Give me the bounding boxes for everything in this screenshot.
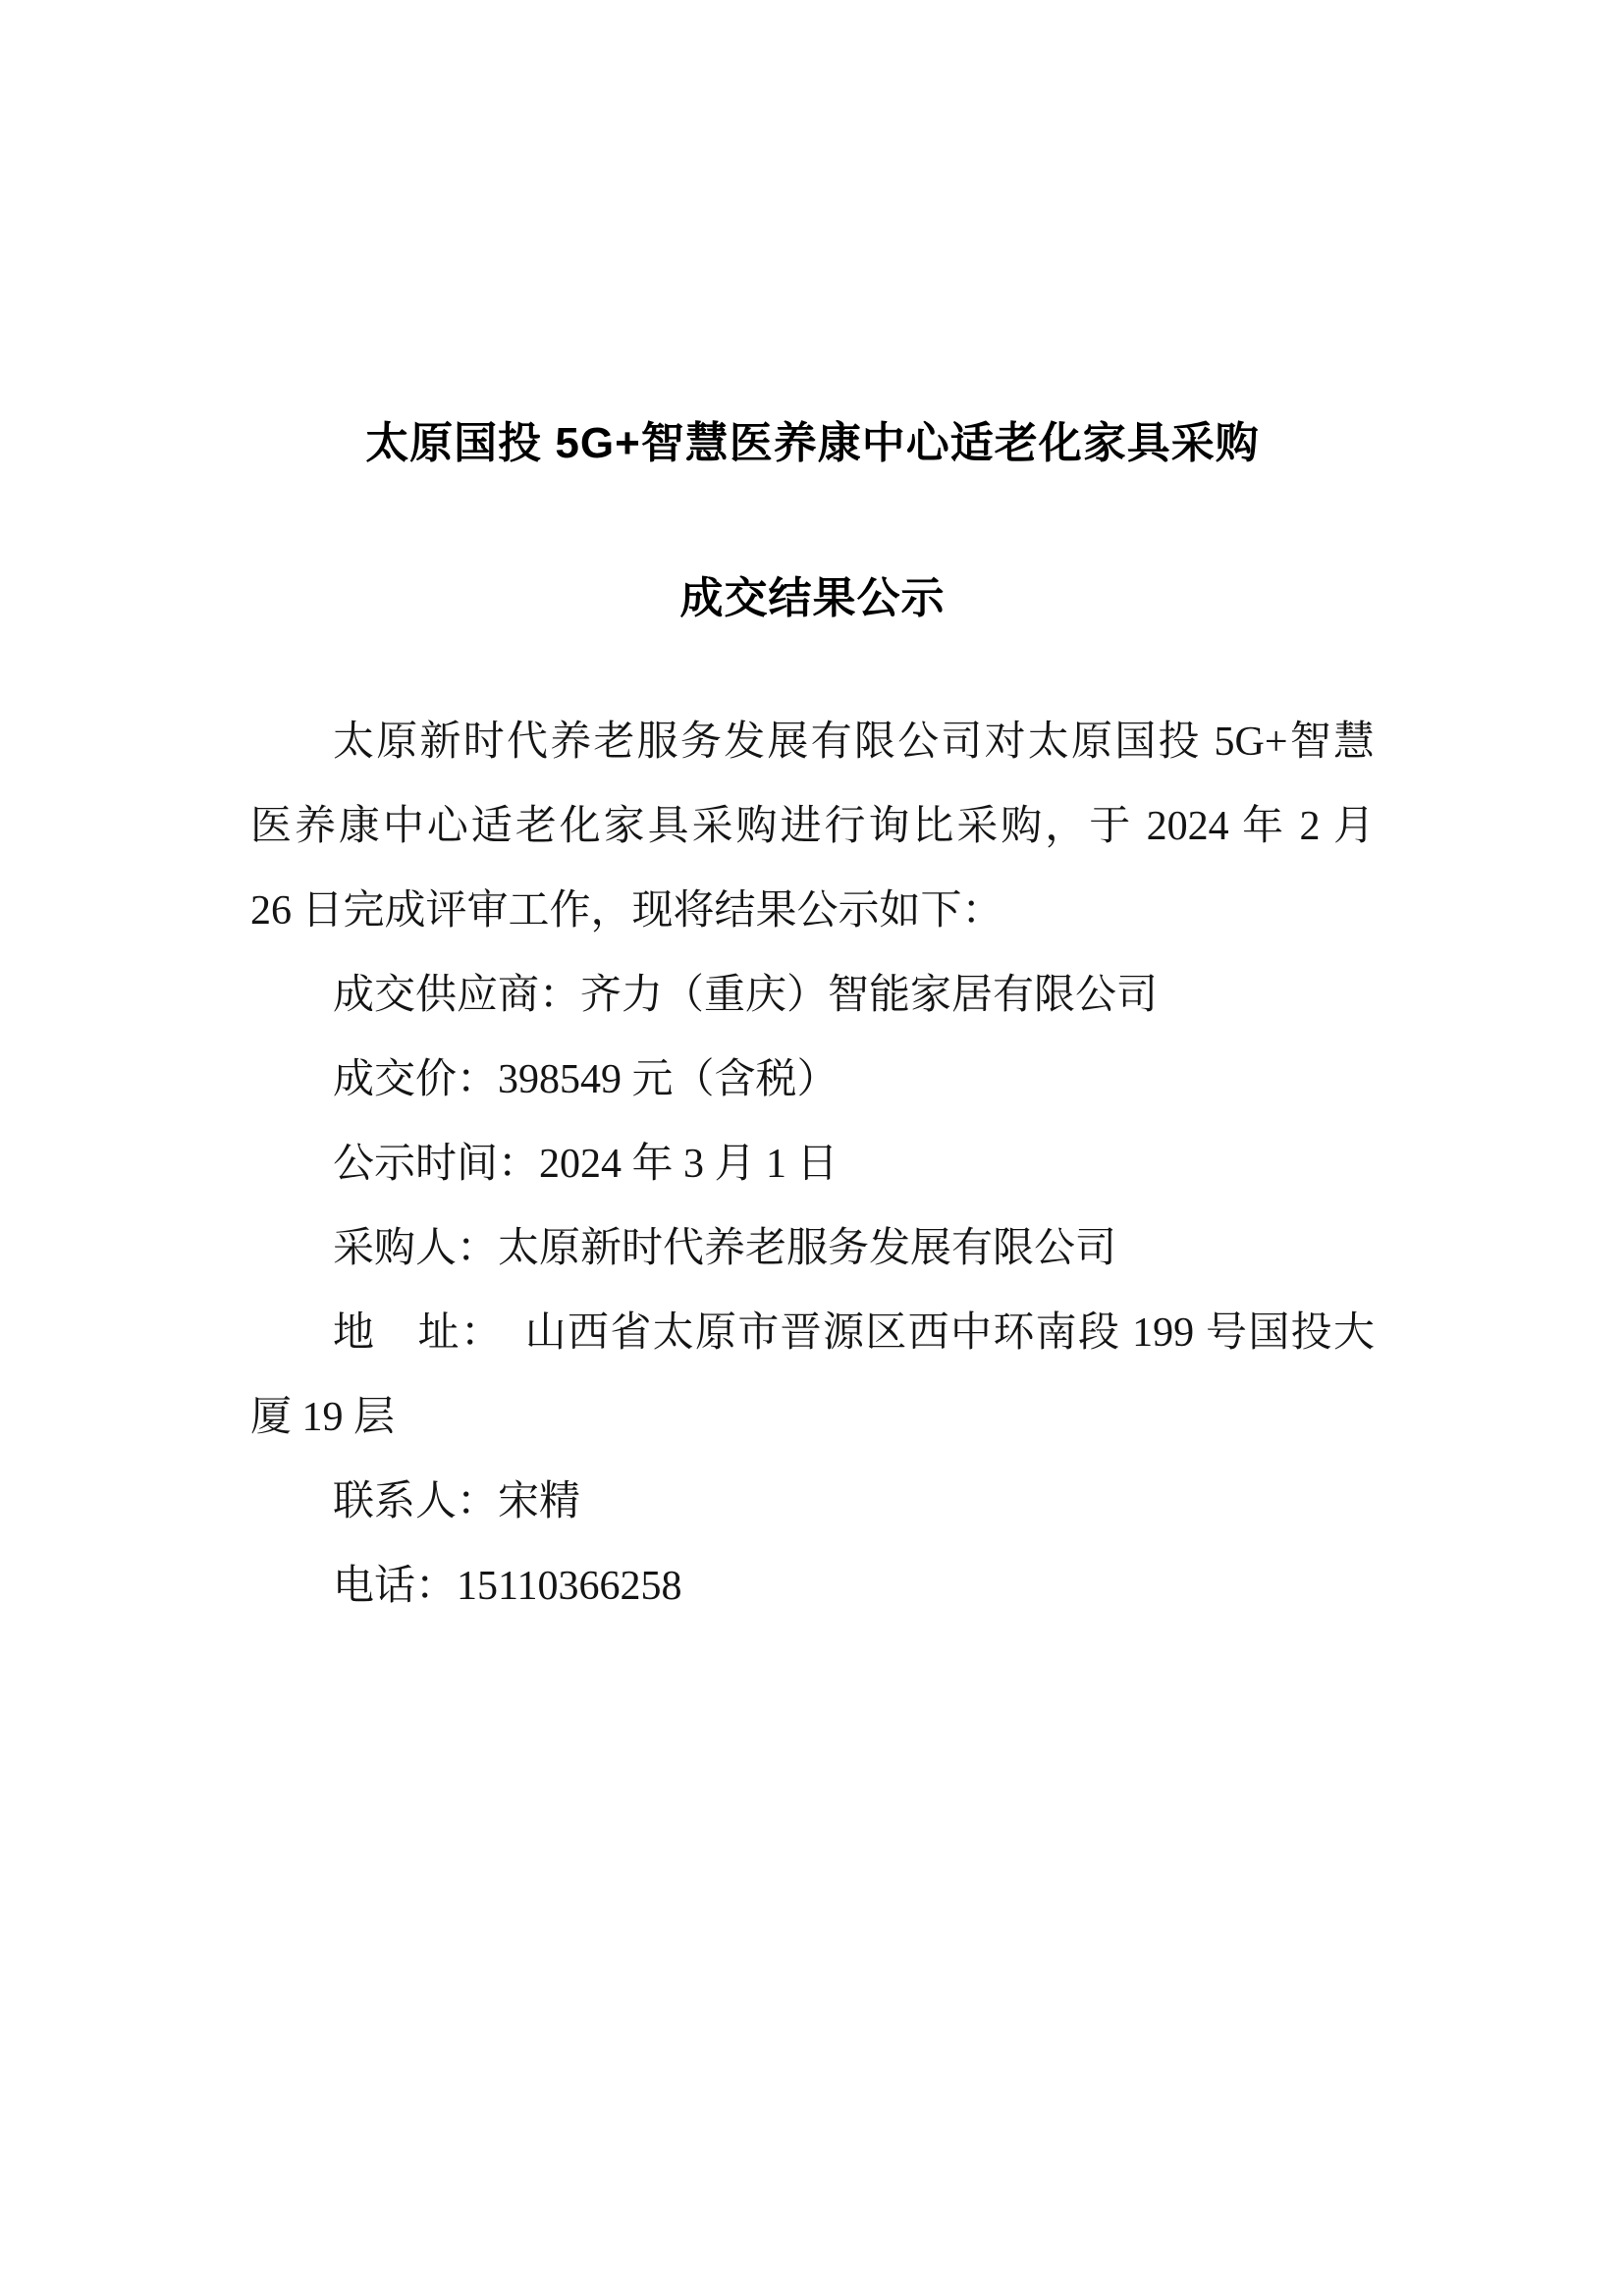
phone-line: 电话：15110366258 [250,1544,1375,1629]
supplier-line: 成交供应商：齐力（重庆）智能家居有限公司 [250,953,1375,1038]
document-content: 太原国投 5G+智慧医养康中心适老化家具采购 成交结果公示 太原新时代养老服务发… [250,0,1375,1629]
purchaser-line: 采购人：太原新时代养老服务发展有限公司 [250,1206,1375,1291]
document-title-line-1: 太原国投 5G+智慧医养康中心适老化家具采购 [250,416,1375,471]
publicity-date-line: 公示时间：2024 年 3 月 1 日 [250,1122,1375,1206]
address-line-2: 厦 19 层 [250,1375,1375,1460]
intro-paragraph-line-3: 26 日完成评审工作，现将结果公示如下： [250,869,1375,953]
intro-paragraph-line-2: 医养康中心适老化家具采购进行询比采购，于 2024 年 2 月 [250,784,1375,869]
contact-line: 联系人：宋精 [250,1460,1375,1544]
document-title-line-2: 成交结果公示 [250,571,1375,626]
document-body: 太原新时代养老服务发展有限公司对太原国投 5G+智慧 医养康中心适老化家具采购进… [250,700,1375,1629]
intro-paragraph-line-1: 太原新时代养老服务发展有限公司对太原国投 5G+智慧 [250,700,1375,784]
price-line: 成交价：398549 元（含税） [250,1038,1375,1122]
document-page: 太原国投 5G+智慧医养康中心适老化家具采购 成交结果公示 太原新时代养老服务发… [0,0,1624,2296]
address-line-1: 地 址： 山西省太原市晋源区西中环南段 199 号国投大 [250,1291,1375,1375]
